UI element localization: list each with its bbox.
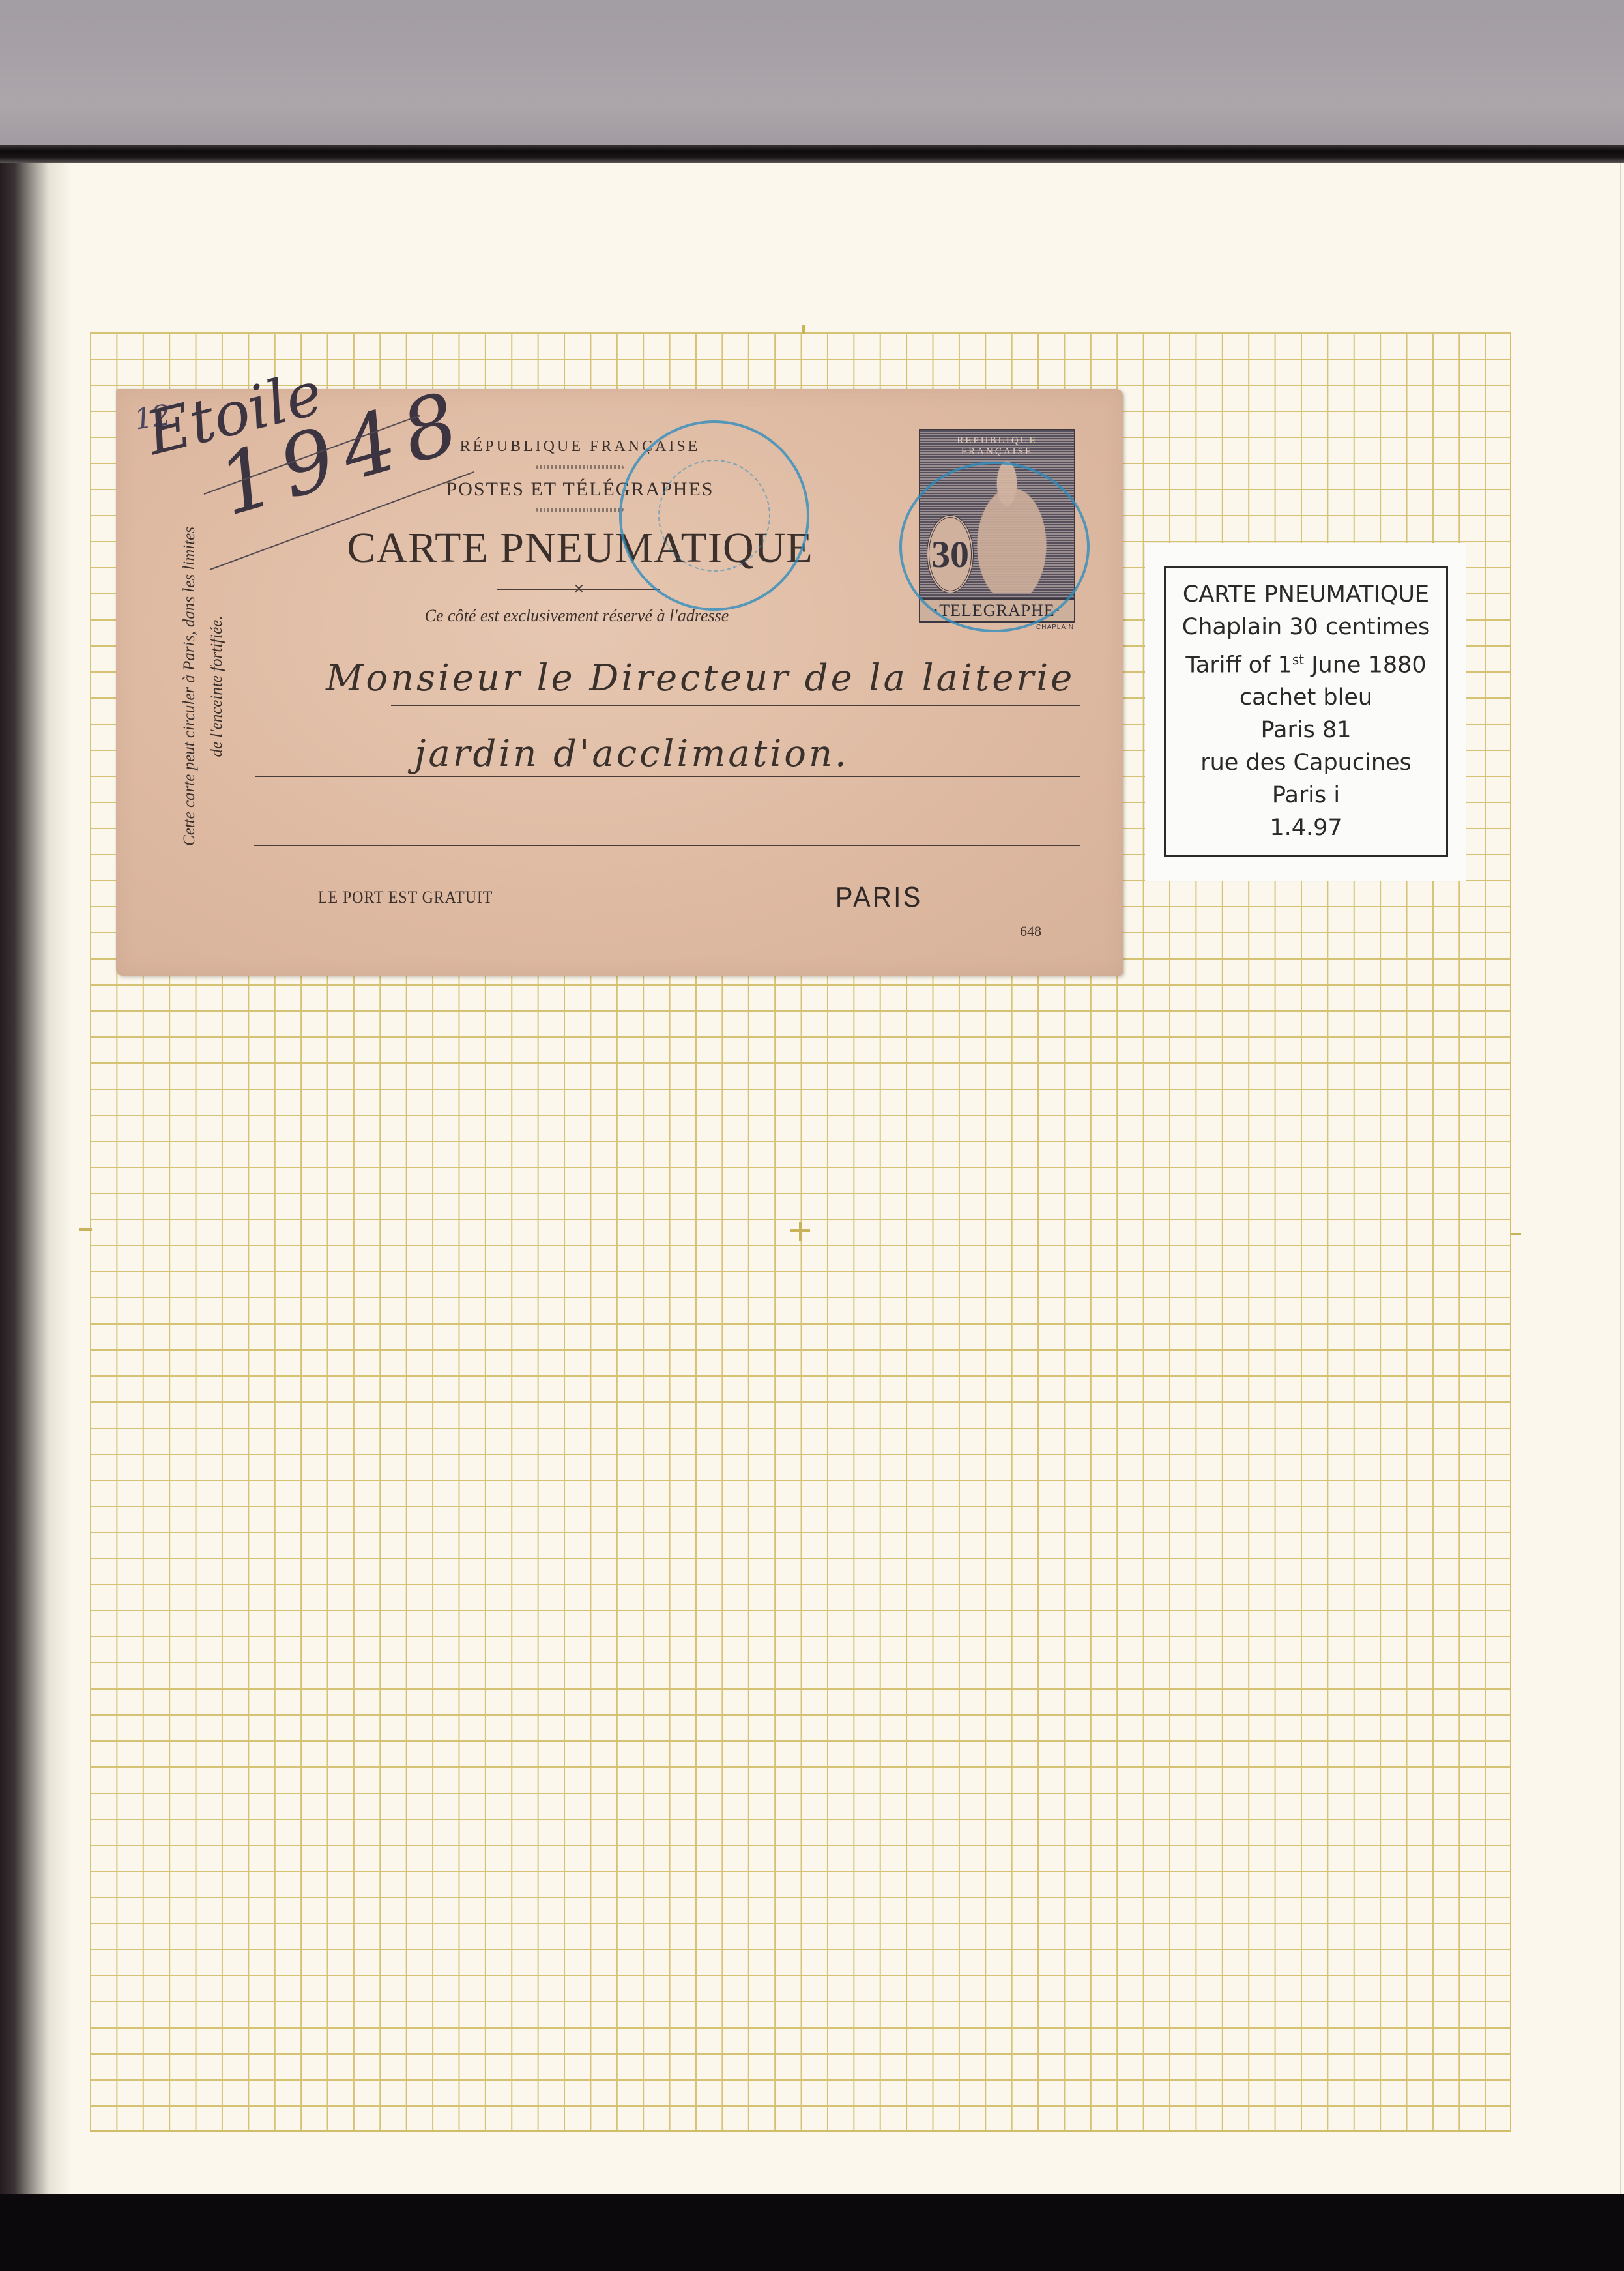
- scanner-background-top: [0, 0, 1624, 149]
- description-label-box: CARTE PNEUMATIQUE Chaplain 30 centimes T…: [1164, 566, 1448, 857]
- album-binding-edge: [0, 145, 1624, 163]
- tariff-suffix: June 1880: [1304, 652, 1427, 678]
- scanner-background-bottom: [0, 2194, 1624, 2271]
- destination-city: PARIS: [835, 881, 923, 914]
- address-rule-3: [254, 845, 1080, 846]
- label-line-stamp: Chaplain 30 centimes: [1182, 611, 1430, 643]
- card-side-text: Cette carte peut circuler à Paris, dans …: [176, 458, 231, 915]
- form-number: 648: [1020, 923, 1041, 940]
- page-gutter-shadow: [0, 163, 85, 2194]
- grid-tick-top: [802, 325, 805, 334]
- wavy-rule-1: [536, 465, 624, 469]
- tariff-prefix: Tariff of 1: [1185, 652, 1292, 678]
- divider-ornament-icon: ✕: [573, 581, 585, 597]
- page-right-edge: [1620, 163, 1621, 2194]
- label-line-date: 1.4.97: [1269, 812, 1342, 844]
- wavy-rule-2: [536, 508, 624, 512]
- address-rule-1: [391, 705, 1080, 706]
- label-line-title: CARTE PNEUMATIQUE: [1183, 578, 1429, 611]
- label-line-dest: Paris i: [1272, 779, 1340, 812]
- postmark-inner-ring-icon: [658, 460, 770, 572]
- grid-tick-left: [79, 1228, 92, 1231]
- address-line-1: Monsieur le Directeur de la laiterie: [326, 657, 1075, 699]
- grid-center-cross-v: [799, 1222, 802, 1241]
- stamp-arc-text: REPUBLIQUE FRANÇAISE: [929, 435, 1066, 458]
- side-text-line-1: Cette carte peut circuler à Paris, dans …: [176, 458, 203, 915]
- grid-tick-right: [1511, 1233, 1521, 1235]
- side-text-line-2: de l'enceinte fortifiée.: [203, 458, 231, 915]
- port-gratuit-notice: LE PORT EST GRATUIT: [318, 888, 493, 907]
- label-line-cachet: cachet bleu: [1240, 681, 1372, 714]
- address-rule-2: [255, 776, 1080, 777]
- label-line-street: rue des Capucines: [1200, 746, 1412, 779]
- label-line-office: Paris 81: [1261, 714, 1352, 746]
- stamp-designer: CHAPLAIN: [1036, 624, 1074, 631]
- label-line-tariff: Tariff of 1st June 1880: [1185, 643, 1426, 682]
- tariff-superscript: st: [1292, 652, 1304, 667]
- address-line-2: jardin d'acclimation.: [414, 733, 849, 775]
- stamp-cancel-circle-icon: [899, 462, 1090, 632]
